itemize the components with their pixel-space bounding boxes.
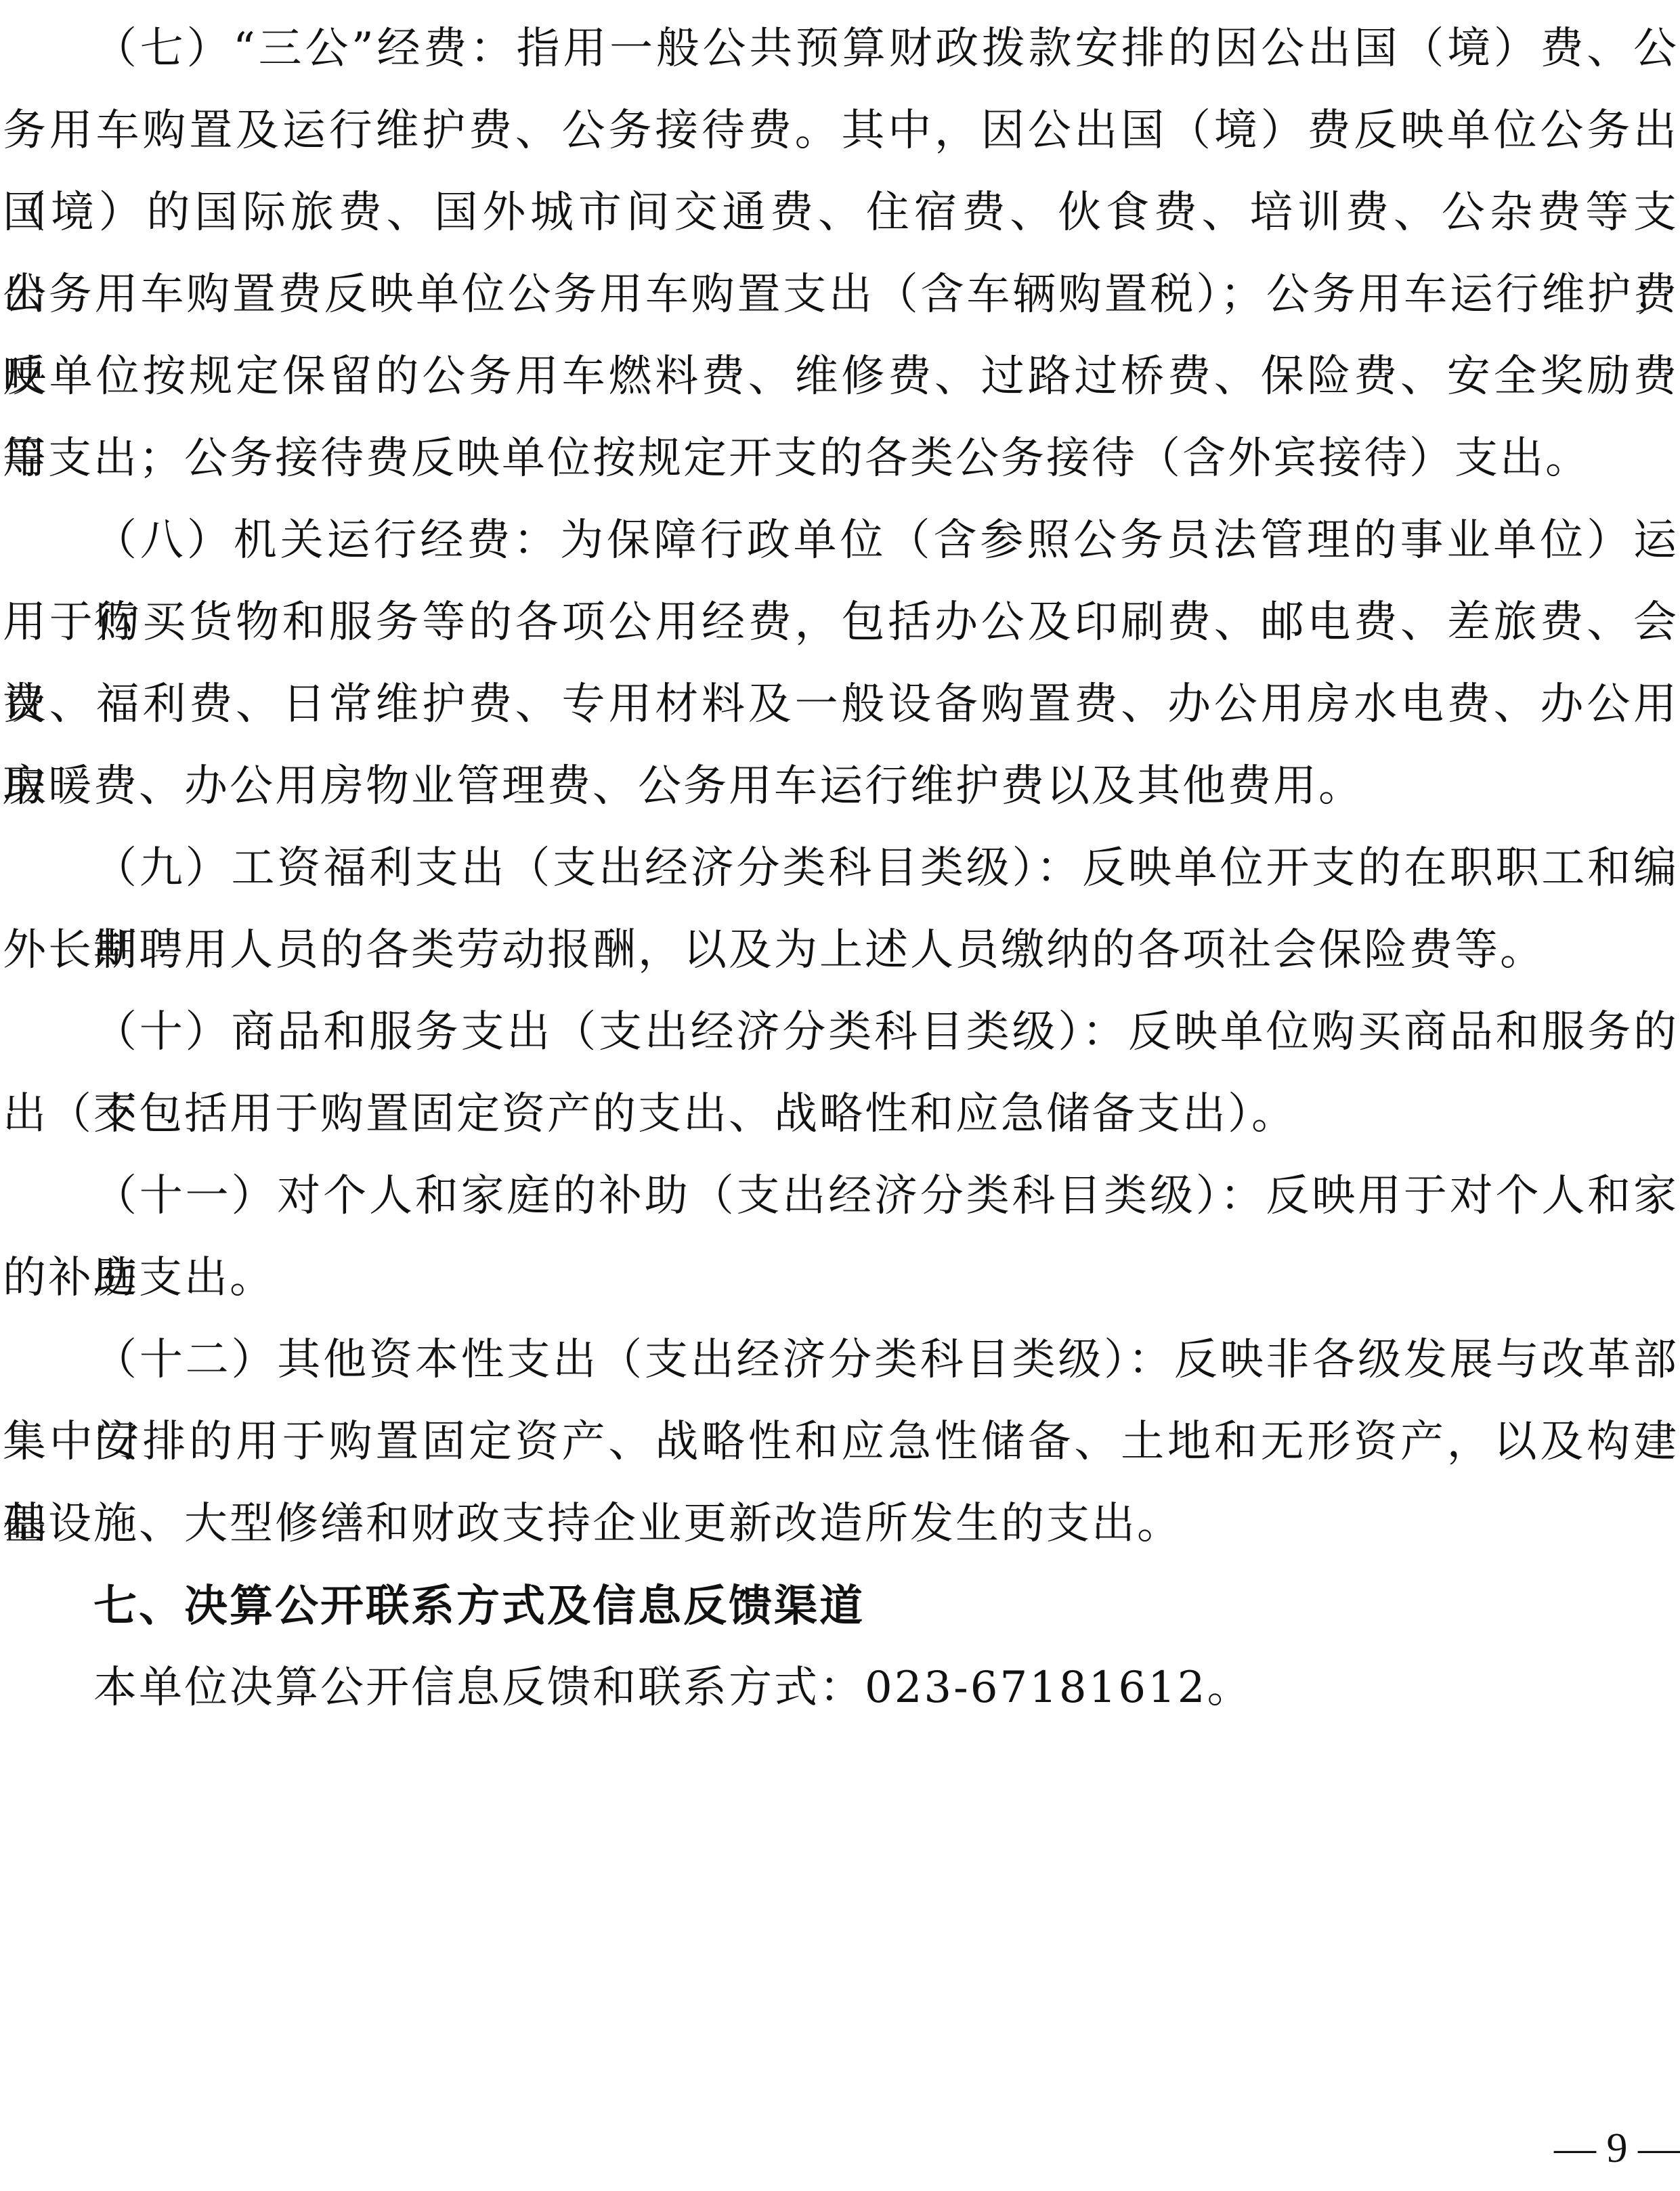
paragraph-line: （境）的国际旅费、国外城市间交通费、住宿费、伙食费、培训费、公杂费等支出； [0, 172, 1680, 254]
paragraph-goods-services: （十）商品和服务支出（支出经济分类科目类级）：反映单位购买商品和服务的支 出（不… [0, 992, 1680, 1155]
paragraph-agency-operating-expenses: （八）机关运行经费：为保障行政单位（含参照公务员法管理的事业单位）运行 用于购买… [0, 500, 1680, 828]
paragraph-line: 映单位按规定保留的公务用车燃料费、维修费、过路过桥费、保险费、安全奖励费用 [0, 336, 1680, 418]
paragraph-line: 务用车购置及运行维护费、公务接待费。其中，因公出国（境）费反映单位公务出国 [0, 90, 1680, 172]
paragraph-line: 费、福利费、日常维护费、专用材料及一般设备购置费、办公用房水电费、办公用房 [0, 664, 1680, 746]
paragraph-line: （八）机关运行经费：为保障行政单位（含参照公务员法管理的事业单位）运行 [0, 500, 1680, 582]
paragraph-three-public-expenses: （七）“三公”经费：指用一般公共预算财政拨款安排的因公出国（境）费、公 务用车购… [0, 8, 1680, 500]
paragraph-line: （七）“三公”经费：指用一般公共预算财政拨款安排的因公出国（境）费、公 [0, 8, 1680, 90]
paragraph-line: 出（不包括用于购置固定资产的支出、战略性和应急储备支出）。 [0, 1073, 1680, 1155]
paragraph-line: 等支出；公务接待费反映单位按规定开支的各类公务接待（含外宾接待）支出。 [0, 418, 1680, 500]
section-heading: 七、决算公开联系方式及信息反馈渠道 [0, 1565, 1680, 1647]
paragraph-line: 础设施、大型修缮和财政支持企业更新改造所发生的支出。 [0, 1483, 1680, 1565]
paragraph-other-capital-expenditure: （十二）其他资本性支出（支出经济分类科目类级）：反映非各级发展与改革部门 集中安… [0, 1319, 1680, 1565]
contact-info: 本单位决算公开信息反馈和联系方式：023-67181612。 [0, 1647, 1680, 1729]
paragraph-line: （十）商品和服务支出（支出经济分类科目类级）：反映单位购买商品和服务的支 [0, 992, 1680, 1073]
paragraph-line: （九）工资福利支出（支出经济分类科目类级）：反映单位开支的在职职工和编制 [0, 828, 1680, 910]
paragraph-line: 集中安排的用于购置固定资产、战略性和应急性储备、土地和无形资产，以及构建基 [0, 1401, 1680, 1483]
page-number: — 9 — [1537, 2114, 1680, 2182]
paragraph-wages-benefits: （九）工资福利支出（支出经济分类科目类级）：反映单位开支的在职职工和编制 外长期… [0, 828, 1680, 992]
paragraph-line: 用于购买货物和服务等的各项公用经费，包括办公及印刷费、邮电费、差旅费、会议 [0, 582, 1680, 664]
document-page: （七）“三公”经费：指用一般公共预算财政拨款安排的因公出国（境）费、公 务用车购… [0, 8, 1680, 1729]
paragraph-line: 外长期聘用人员的各类劳动报酬，以及为上述人员缴纳的各项社会保险费等。 [0, 910, 1680, 992]
paragraph-line: 的补助支出。 [0, 1237, 1680, 1319]
paragraph-line: （十一）对个人和家庭的补助（支出经济分类科目类级）：反映用于对个人和家庭 [0, 1155, 1680, 1237]
paragraph-household-subsidies: （十一）对个人和家庭的补助（支出经济分类科目类级）：反映用于对个人和家庭 的补助… [0, 1155, 1680, 1319]
paragraph-line: 公务用车购置费反映单位公务用车购置支出（含车辆购置税）；公务用车运行维护费反 [0, 254, 1680, 336]
paragraph-line: 取暖费、办公用房物业管理费、公务用车运行维护费以及其他费用。 [0, 746, 1680, 828]
paragraph-line: （十二）其他资本性支出（支出经济分类科目类级）：反映非各级发展与改革部门 [0, 1319, 1680, 1401]
